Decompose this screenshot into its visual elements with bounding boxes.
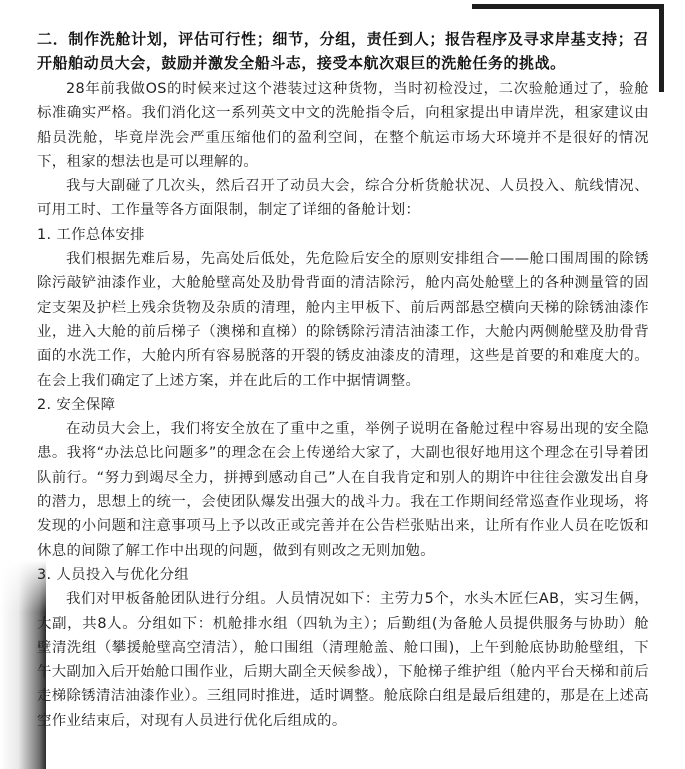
document-page: 二．制作洗舱计划，评估可行性；细节，分组，责任到人；报告程序及寻求岸基支持；召开… [37,28,649,733]
section-body: 我们对甲板备舱团队进行分组。人员情况如下：主劳力5个，水头木匠仨AB，实习生俩，… [37,587,649,733]
section-work-arrangement: 1. 工作总体安排 我们根据先难后易，先高处后低处，先危险后安全的原则安排组合—… [37,223,649,393]
section-staffing: 3. 人员投入与优化分组 我们对甲板备舱团队进行分组。人员情况如下：主劳力5个，… [37,563,649,733]
section-body: 在动员大会上，我们将安全放在了重中之重，举例子说明在备舱过程中容易出现的安全隐患… [37,417,649,563]
scan-frame-right-edge [659,4,664,92]
section-safety: 2. 安全保障 在动员大会上，我们将安全放在了重中之重，举例子说明在备舱过程中容… [37,393,649,563]
intro-paragraph-1: 28年前我做OS的时候来过这个港装过这种货物，当时初检没过，二次验舱通过了，验舱… [37,77,649,174]
section-title: 2. 安全保障 [37,393,649,417]
scan-frame-top-edge [472,4,664,9]
section-title: 1. 工作总体安排 [37,223,649,247]
section-heading: 二．制作洗舱计划，评估可行性；细节，分组，责任到人；报告程序及寻求岸基支持；召开… [37,28,649,75]
intro-paragraph-2: 我与大副碰了几次头，然后召开了动员大会，综合分析货舱状况、人员投入、航线情况、可… [37,174,649,223]
section-title: 3. 人员投入与优化分组 [37,563,649,587]
section-body: 我们根据先难后易，先高处后低处，先危险后安全的原则安排组合——舱口围周围的除锈除… [37,247,649,393]
